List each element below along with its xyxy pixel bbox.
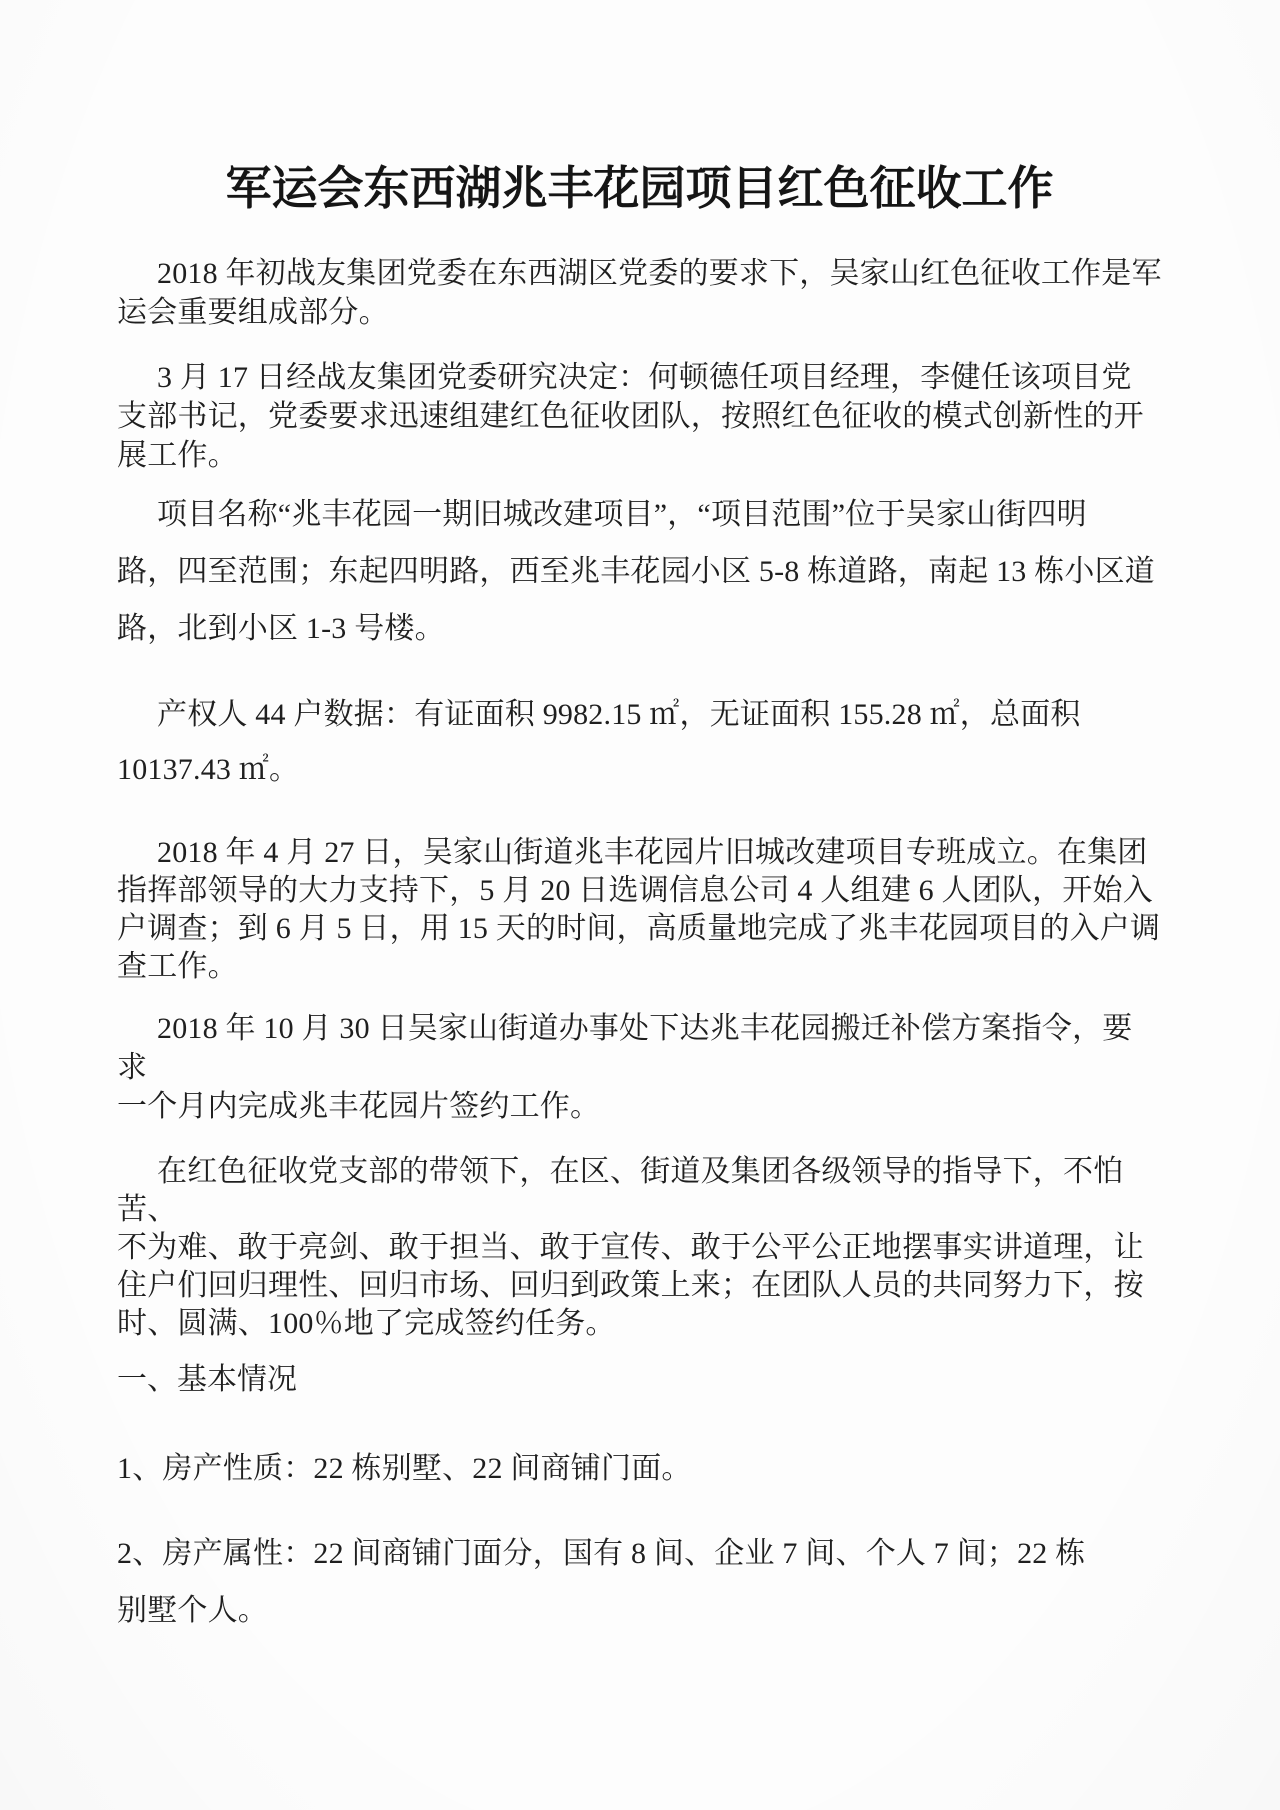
paragraph-survey-team: 2018 年 4 月 27 日，吴家山街道兆丰花园片旧城改建项目专班成立。在集团… xyxy=(117,834,1162,986)
paragraph-intro: 2018 年初战友集团党委在东西湖区党委的要求下，吴家山红色征收工作是军 运会重… xyxy=(117,254,1162,332)
paragraph-signing-effort: 在红色征收党支部的带领下，在区、街道及集团各级领导的指导下，不怕苦、 不为难、敢… xyxy=(117,1153,1162,1343)
list-item-property-nature: 1、房产性质：22 栋别墅、22 间商铺门面。 xyxy=(117,1449,1162,1489)
scanned-document-page: 军运会东西湖兆丰花园项目红色征收工作 2018 年初战友集团党委在东西湖区党委的… xyxy=(0,0,1280,1810)
paragraph-area-data: 产权人 44 户数据：有证面积 9982.15 ㎡，无证面积 155.28 ㎡，… xyxy=(117,687,1162,797)
document-title: 军运会东西湖兆丰花园项目红色征收工作 xyxy=(117,160,1162,216)
list-item-property-attribute: 2、房产属性：22 间商铺门面分，国有 8 间、企业 7 间、个人 7 间；22… xyxy=(117,1525,1162,1639)
section-heading-basic-situation: 一、基本情况 xyxy=(117,1360,1162,1400)
paragraph-compensation-order: 2018 年 10 月 30 日吴家山街道办事处下达兆丰花园搬迁补偿方案指令，要… xyxy=(117,1009,1162,1126)
paragraph-project-name-scope: 项目名称“兆丰花园一期旧城改建项目”，“项目范围”位于吴家山街四明 路，四至范围… xyxy=(117,486,1162,657)
paragraph-party-decision: 3 月 17 日经战友集团党委研究决定：何顿德任项目经理，李健任该项目党 支部书… xyxy=(117,358,1162,475)
